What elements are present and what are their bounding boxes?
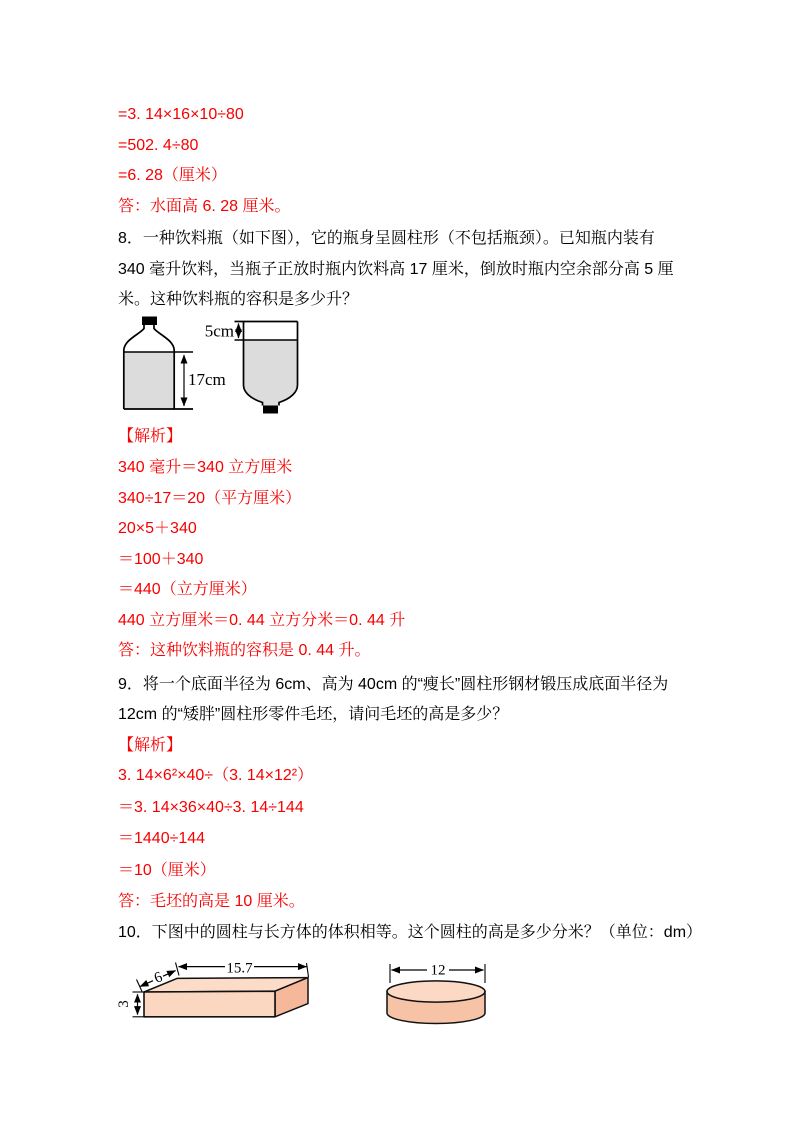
inverted-bottle-liquid bbox=[244, 340, 298, 406]
cylinder-top-face bbox=[387, 981, 485, 1002]
length-dim-left-tick bbox=[176, 963, 180, 976]
inverted-bottle-cap bbox=[263, 406, 278, 414]
problem9-solution-line-4: ＝10（厘米） bbox=[118, 860, 678, 882]
problem9-statement-line-1: 9．将一个底面半径为 6cm、高为 40cm 的“瘦长”圆柱形钢材锻压成底面半径… bbox=[118, 674, 678, 696]
problem9-solution-line-2: ＝3. 14×36×40÷3. 14÷144 bbox=[118, 797, 678, 819]
problem8-statement-line-3: 米。这种饮料瓶的容积是多少升？ bbox=[118, 289, 678, 311]
box-height-label: 3 bbox=[116, 1000, 132, 1008]
problem9-answer-line: 答：毛坯的高是 10 厘米。 bbox=[118, 891, 678, 913]
problem8-solution-line-6: 440 立方厘米＝0. 44 立方分米＝0. 44 升 bbox=[118, 610, 678, 632]
prev-answer-line-3: =6. 28（厘米） bbox=[118, 165, 678, 187]
problem9-solution-line-3: ＝1440÷144 bbox=[118, 828, 678, 850]
problem8-answer-line: 答：这种饮料瓶的容积是 0. 44 升。 bbox=[118, 640, 678, 662]
cuboid-front-face bbox=[144, 991, 275, 1017]
gap-5cm-label: 5cm bbox=[205, 322, 234, 341]
length-dim-right-tick bbox=[307, 963, 309, 977]
problem8-solution-line-3: 20×5＋340 bbox=[118, 518, 678, 540]
problem8-analysis-header: 【解析】 bbox=[118, 426, 678, 448]
box-length-label: 15.7 bbox=[226, 961, 253, 977]
worksheet-page: =3. 14×16×10÷80 =502. 4÷80 =6. 28（厘米） 答：… bbox=[0, 0, 793, 1122]
height-17cm-label: 17cm bbox=[188, 370, 226, 389]
problem8-solution-line-2: 340÷17＝20（平方厘米） bbox=[118, 488, 678, 510]
problem10-statement: 10．下图中的圆柱与长方体的体积相等。这个圆柱的高是多少分米？（单位：dm） bbox=[118, 922, 678, 944]
bottle-figure: 17cm 5cm bbox=[113, 312, 308, 416]
upright-bottle-liquid bbox=[124, 352, 174, 409]
problem9-analysis-header: 【解析】 bbox=[118, 735, 678, 757]
solids-figure: 15.7 6 3 12 bbox=[115, 950, 500, 1028]
problem8-statement-line-2: 340 毫升饮料，当瓶子正放时瓶内饮料高 17 厘米，倒放时瓶内空余部分高 5 … bbox=[118, 259, 678, 281]
problem8-statement-line-1: 8．一种饮料瓶（如下图），它的瓶身呈圆柱形（不包括瓶颈）。已知瓶内装有 bbox=[118, 228, 678, 250]
prev-answer-line-4: 答：水面高 6. 28 厘米。 bbox=[118, 196, 678, 218]
problem8-solution-line-5: ＝440（立方厘米） bbox=[118, 579, 678, 601]
problem9-solution-line-1: 3. 14×6²×40÷（3. 14×12²） bbox=[118, 765, 678, 787]
prev-answer-line-1: =3. 14×16×10÷80 bbox=[118, 104, 678, 126]
depth-dim-line-left bbox=[140, 981, 153, 987]
prev-answer-line-2: =502. 4÷80 bbox=[118, 135, 678, 157]
problem8-solution-line-1: 340 毫升＝340 立方厘米 bbox=[118, 457, 678, 479]
problem8-solution-line-4: ＝100＋340 bbox=[118, 549, 678, 571]
upright-bottle-cap bbox=[142, 317, 157, 326]
cylinder-diameter-label: 12 bbox=[431, 963, 446, 979]
problem9-statement-line-2: 12cm 的“矮胖”圆柱形零件毛坯，请问毛坯的高是多少？ bbox=[118, 704, 678, 726]
box-depth-label: 6 bbox=[152, 969, 165, 987]
depth-dim-line-right bbox=[163, 971, 176, 977]
